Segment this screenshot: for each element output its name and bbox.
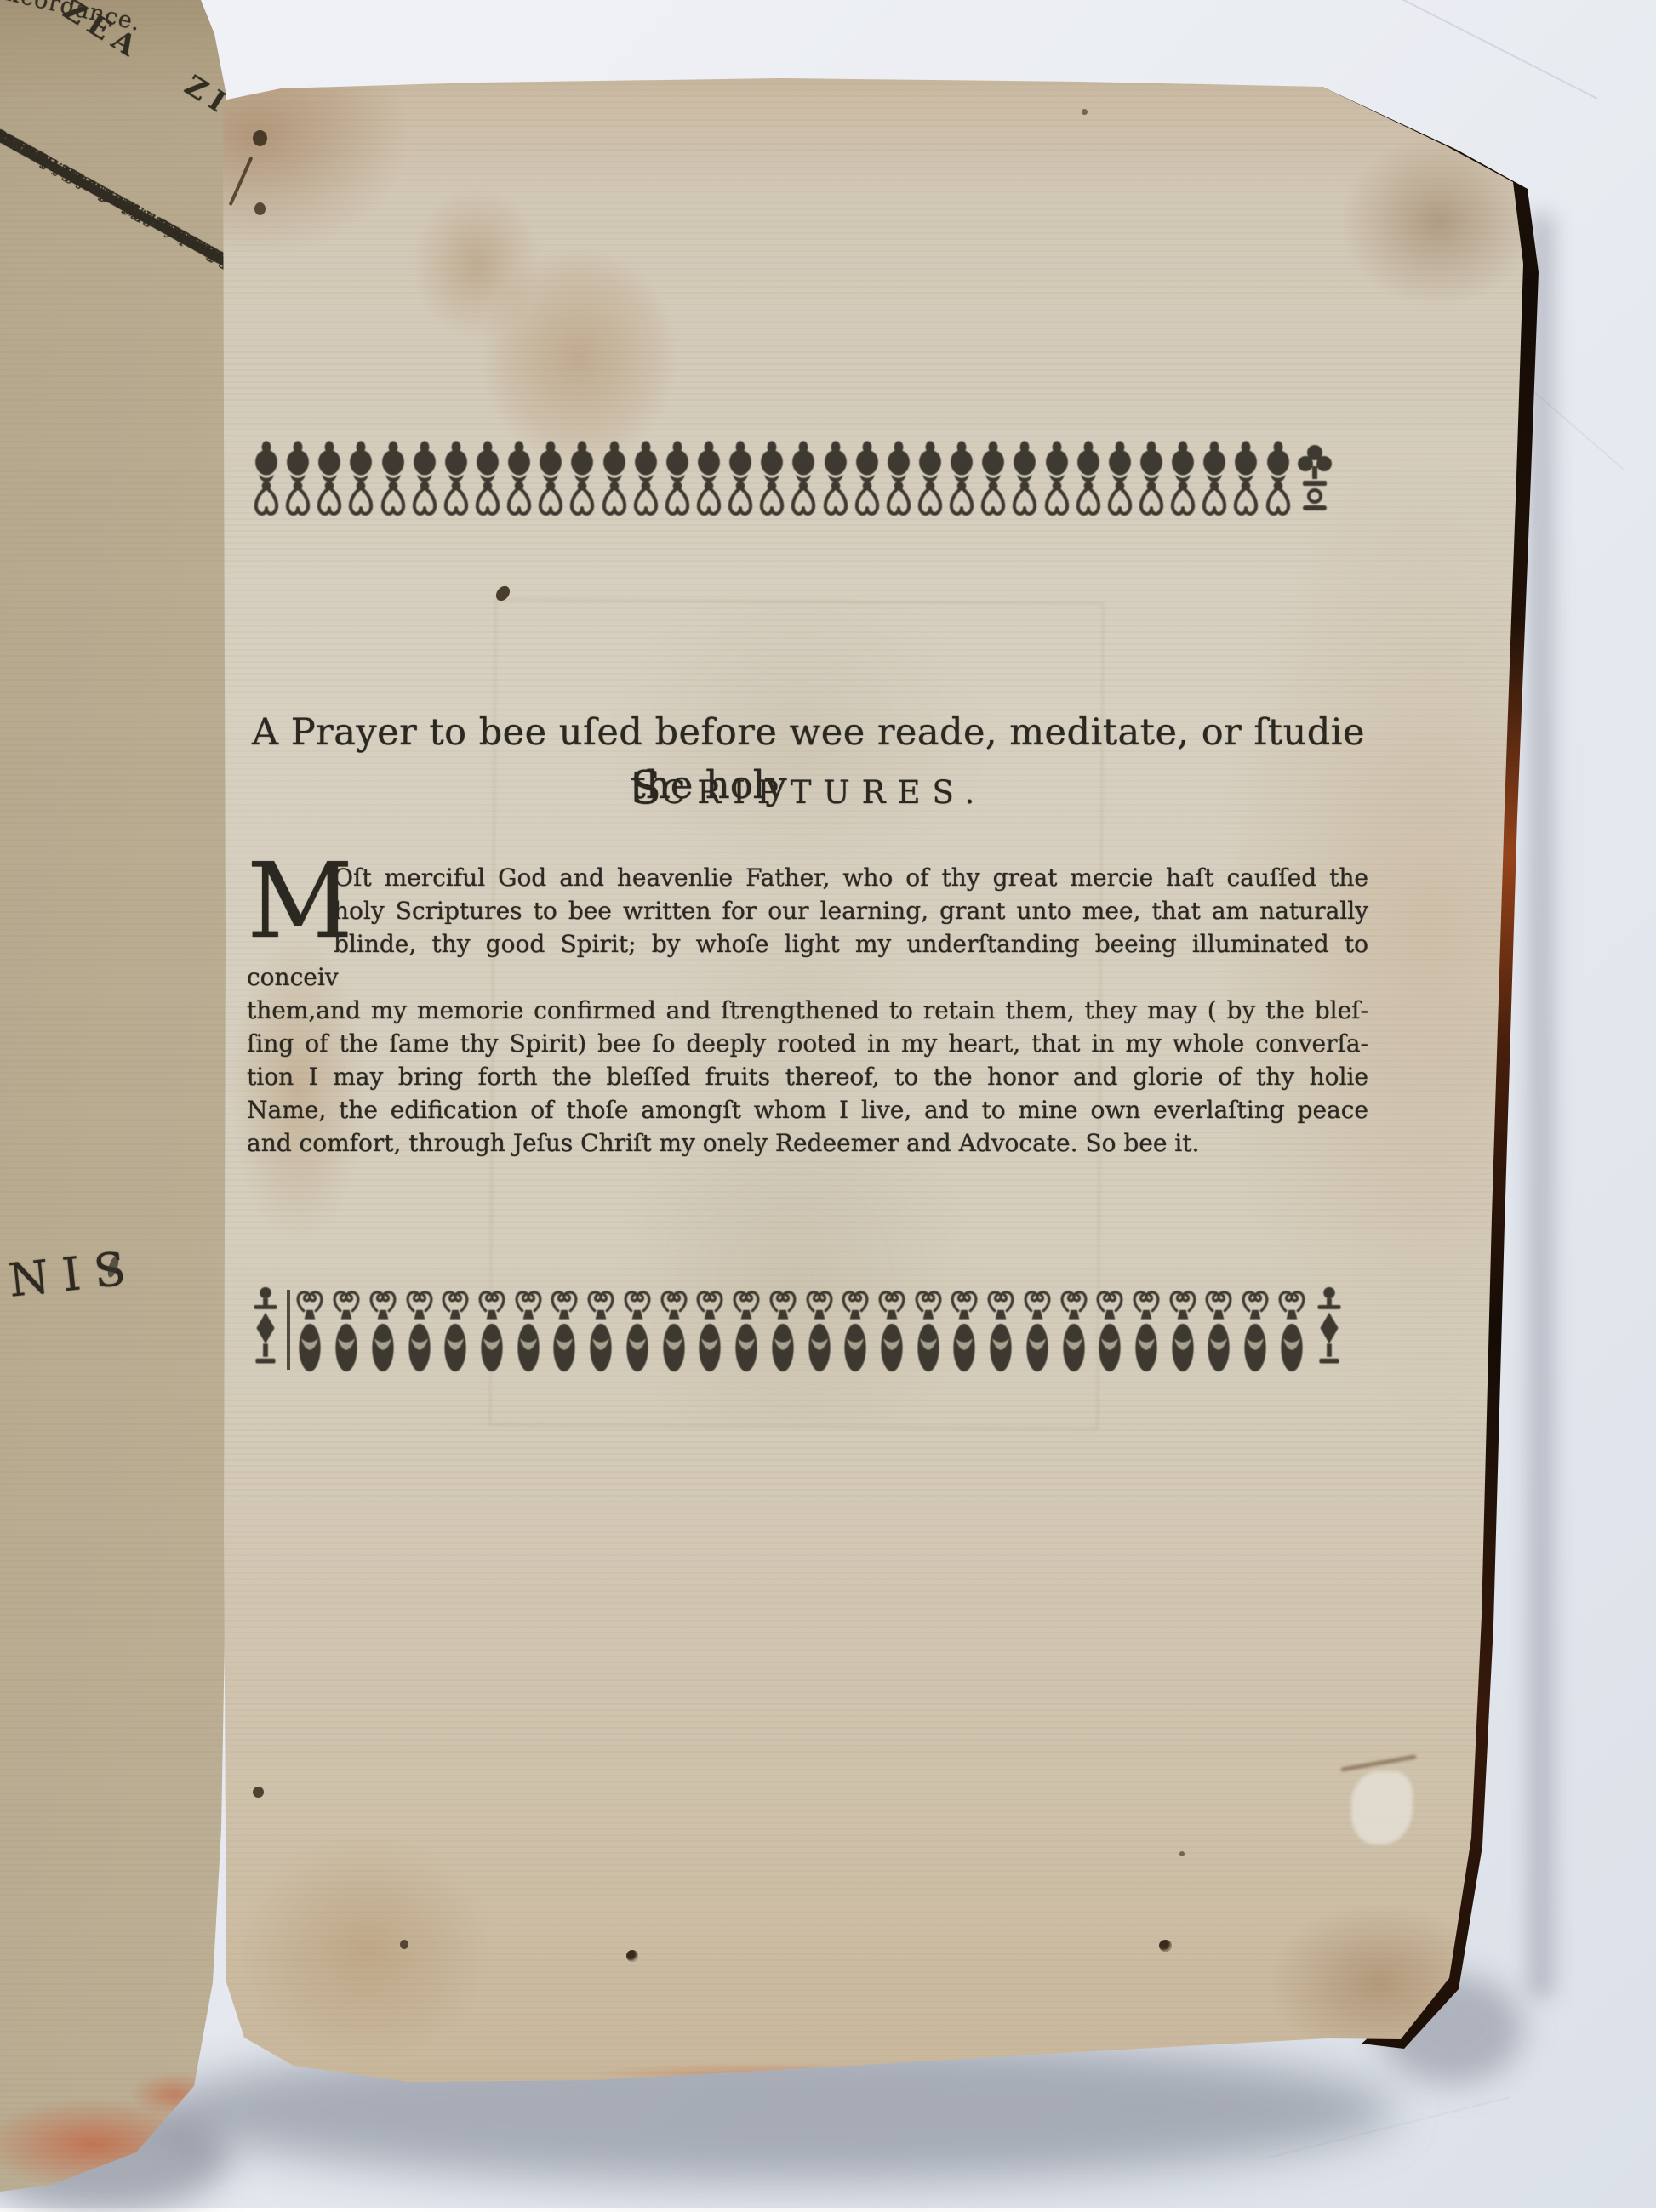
top-ornament-border: [252, 437, 1334, 526]
acorn-bud-ornament: [947, 437, 976, 522]
acorn-bud-ornament: [821, 437, 850, 522]
acorn-curl-ornament: [403, 1283, 436, 1382]
book-shadow: [1528, 213, 1554, 1999]
cross-finial-ornament: [1312, 1283, 1346, 1375]
acorn-curl-ornament: [1202, 1283, 1235, 1382]
cross-finial-ornament: [248, 1283, 283, 1375]
bottom-ornament-border: [248, 1283, 1346, 1388]
acorn-curl-ornament: [294, 1283, 326, 1382]
acorn-bud-ornament: [979, 437, 1008, 522]
speck: [1082, 109, 1088, 115]
acorn-bud-ornament: [1168, 437, 1197, 522]
edge-crease: [1340, 1754, 1417, 1772]
acorn-bud-ornament: [663, 437, 692, 522]
prayer-line: holy Scriptures to bee written for our l…: [247, 894, 1368, 927]
acorn-bud-ornament: [379, 437, 408, 522]
prayer-title: A Prayer to bee uſed before wee reade, m…: [230, 711, 1387, 814]
acorn-bud-ornament: [505, 437, 534, 522]
acorn-bud-ornament: [1231, 437, 1260, 522]
acorn-curl-ornament: [330, 1283, 363, 1382]
acorn-bud-ornament: [789, 437, 818, 522]
wormhole: [626, 1950, 638, 1962]
ink-spot: [254, 202, 266, 215]
ink-spot: [253, 130, 267, 146]
acorn-curl-ornament: [876, 1283, 908, 1382]
acorn-bud-ornament: [694, 437, 723, 522]
acorn-curl-ornament: [439, 1283, 471, 1382]
acorn-curl-ornament: [912, 1283, 945, 1382]
finis-text-fragment: NIS: [6, 1240, 141, 1308]
acorn-bud-ornament: [1137, 437, 1166, 522]
acorn-curl-ornament: [839, 1283, 871, 1382]
acorn-bud-ornament: [536, 437, 565, 522]
acorn-curl-ornament: [1094, 1283, 1126, 1382]
acorn-curl-ornament: [694, 1283, 726, 1382]
acorn-bud-ornament: [568, 437, 597, 522]
speck: [1179, 1851, 1185, 1856]
prayer-paragraph: M Oſt merciful God and heavenlie Father,…: [247, 861, 1368, 1160]
acorn-bud-ornament: [283, 437, 312, 522]
acorn-curl-ornament: [767, 1283, 799, 1382]
wormhole: [1159, 1940, 1172, 1952]
acorn-bud-ornament: [442, 437, 471, 522]
wormhole: [400, 1940, 408, 1949]
acorn-bud-ornament: [757, 437, 786, 522]
drop-cap-m: M: [247, 864, 325, 931]
acorn-bud-ornament: [600, 437, 629, 522]
title-line-2-prefix: the holy: [631, 762, 787, 807]
acorn-bud-ornament: [1264, 437, 1293, 522]
acorn-curl-ornament: [621, 1283, 654, 1382]
acorn-bud-ornament: [315, 437, 344, 522]
acorn-bud-ornament: [1010, 437, 1039, 522]
wormhole: [253, 1787, 264, 1798]
prayer-line: tion I may bring forth the bleſſed fruit…: [247, 1060, 1368, 1093]
photo-of-open-antique-book: oncordance. ZEA ZIO Phil.3.6. concerning…: [0, 0, 1656, 2208]
prayer-line: them,and my memorie confirmed and ſtreng…: [247, 994, 1368, 1027]
ornament-rule: [287, 1290, 290, 1370]
prayer-line: Oſt merciful God and heavenlie Father, w…: [247, 861, 1368, 894]
acorn-bud-ornament: [1074, 437, 1103, 522]
acorn-bud-ornament: [631, 437, 660, 522]
acorn-bud-ornament: [884, 437, 913, 522]
club-finial-ornament: [1295, 441, 1334, 519]
acorn-curl-ornament: [1130, 1283, 1162, 1382]
acorn-bud-ornament: [1042, 437, 1071, 522]
acorn-bud-ornament: [853, 437, 882, 522]
acorn-bud-ornament: [1200, 437, 1229, 522]
acorn-bud-ornament: [473, 437, 502, 522]
acorn-curl-ornament: [1276, 1283, 1308, 1382]
concordance-left-column-fragments: gny15,auching: [0, 527, 32, 552]
acorn-curl-ornament: [1021, 1283, 1054, 1382]
acorn-curl-ornament: [1058, 1283, 1090, 1382]
surface-scratch: [1347, 0, 1598, 100]
acorn-curl-ornament: [512, 1283, 545, 1382]
prayer-line: ſing of the ſame thy Spirit) bee ſo deep…: [247, 1027, 1368, 1060]
acorn-curl-ornament: [585, 1283, 617, 1382]
acorn-bud-ornament: [916, 437, 945, 522]
acorn-curl-ornament: [658, 1283, 690, 1382]
acorn-curl-ornament: [548, 1283, 580, 1382]
prayer-line: and comfort, through Jeſus Chriſt my one…: [247, 1126, 1368, 1160]
acorn-curl-ornament: [367, 1283, 399, 1382]
acorn-bud-ornament: [1105, 437, 1134, 522]
prayer-page: A Prayer to bee uſed before wee reade, m…: [0, 0, 1656, 2208]
acorn-bud-ornament: [252, 437, 281, 522]
acorn-curl-ornament: [1239, 1283, 1271, 1382]
acorn-curl-ornament: [985, 1283, 1017, 1382]
acorn-bud-ornament: [726, 437, 755, 522]
title-line-1: A Prayer to bee uſed before wee reade, m…: [230, 711, 1387, 754]
acorn-curl-ornament: [1167, 1283, 1199, 1382]
acorn-curl-ornament: [730, 1283, 762, 1382]
paper-chip: [1351, 1771, 1413, 1844]
acorn-bud-ornament: [346, 437, 375, 522]
prayer-line: Name, the edification of thoſe amongſt w…: [247, 1093, 1368, 1126]
title-line-2: the holy SCRIPTURES.: [230, 762, 1387, 814]
ink-streak: [229, 157, 254, 206]
acorn-curl-ornament: [803, 1283, 836, 1382]
acorn-curl-ornament: [476, 1283, 508, 1382]
acorn-curl-ornament: [948, 1283, 980, 1382]
acorn-bud-ornament: [410, 437, 439, 522]
prayer-line: blinde, thy good Spirit; by whoſe light …: [247, 927, 1368, 994]
